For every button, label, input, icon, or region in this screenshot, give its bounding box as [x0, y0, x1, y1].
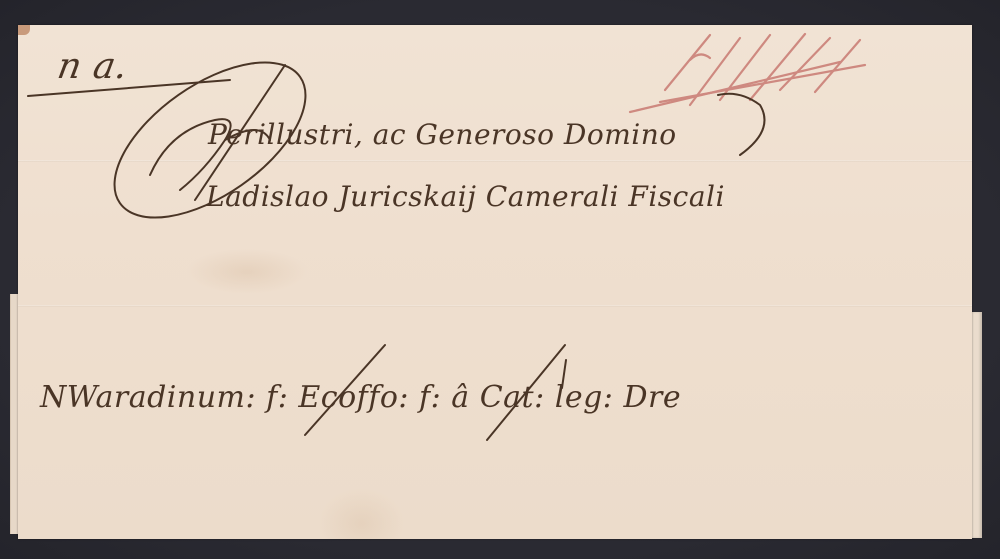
- docket-number: n a.: [54, 46, 131, 87]
- fold-crease: [18, 160, 972, 162]
- address-line-2: Ladislao Juricskaij Camerali Fiscali: [206, 180, 725, 213]
- destination-line: NWaradinum: f: Ecoffo: f: â Cat: leg: Dr…: [40, 380, 681, 415]
- address-line-1: Perillustri, ac Generoso Domino: [208, 118, 677, 151]
- fold-crease: [18, 305, 972, 307]
- red-crayon-marks: [620, 30, 870, 125]
